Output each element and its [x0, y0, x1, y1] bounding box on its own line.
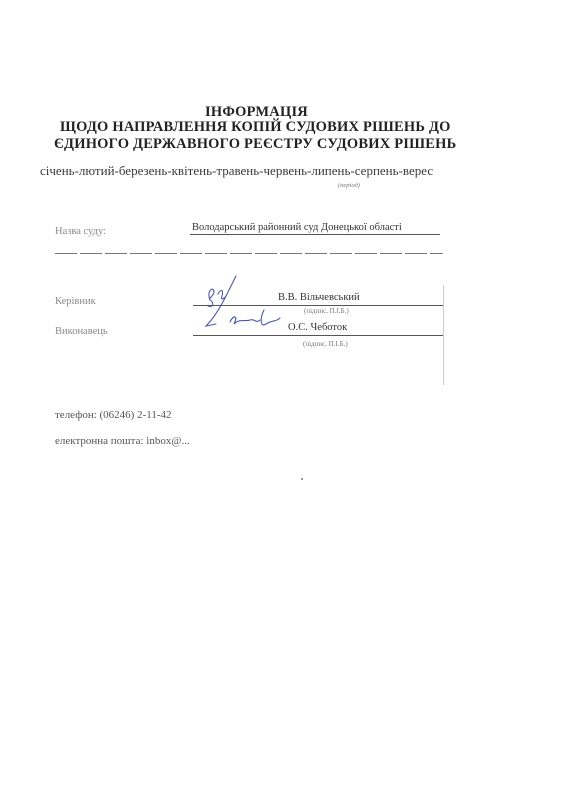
period-hint: (період) [338, 182, 360, 189]
email-address: електронна пошта: inbox@... [55, 435, 190, 447]
handwritten-signatures [190, 272, 290, 347]
head-name: В.В. Вільчевський [278, 292, 360, 303]
scan-speck [301, 478, 303, 480]
document-subtitle-line-2: ЄДИНОГО ДЕРЖАВНОГО РЕЄСТРУ СУДОВИХ РІШЕН… [54, 136, 456, 153]
court-name-label: Назва суду: [55, 226, 106, 237]
court-name-value: Володарський районний суд Донецької обла… [192, 222, 402, 233]
executor-label: Виконавець [55, 326, 108, 337]
head-signature-hint: (підпис, П.І.Б.) [304, 307, 349, 315]
executor-name: О.С. Чеботок [288, 322, 347, 333]
executor-signature-hint: (підпис, П.І.Б.) [303, 340, 348, 348]
phone-number: телефон: (06246) 2-11-42 [55, 409, 172, 421]
reporting-period-months: січень-лютий-березень-квітень-травень-че… [40, 163, 433, 179]
document-subtitle-line-1: ЩОДО НАПРАВЛЕННЯ КОПІЙ СУДОВИХ РІШЕНЬ ДО [60, 119, 451, 136]
separator-line [55, 253, 443, 254]
court-name-underline [190, 234, 440, 235]
scan-edge-line [443, 285, 444, 385]
head-label: Керівник [55, 296, 96, 307]
